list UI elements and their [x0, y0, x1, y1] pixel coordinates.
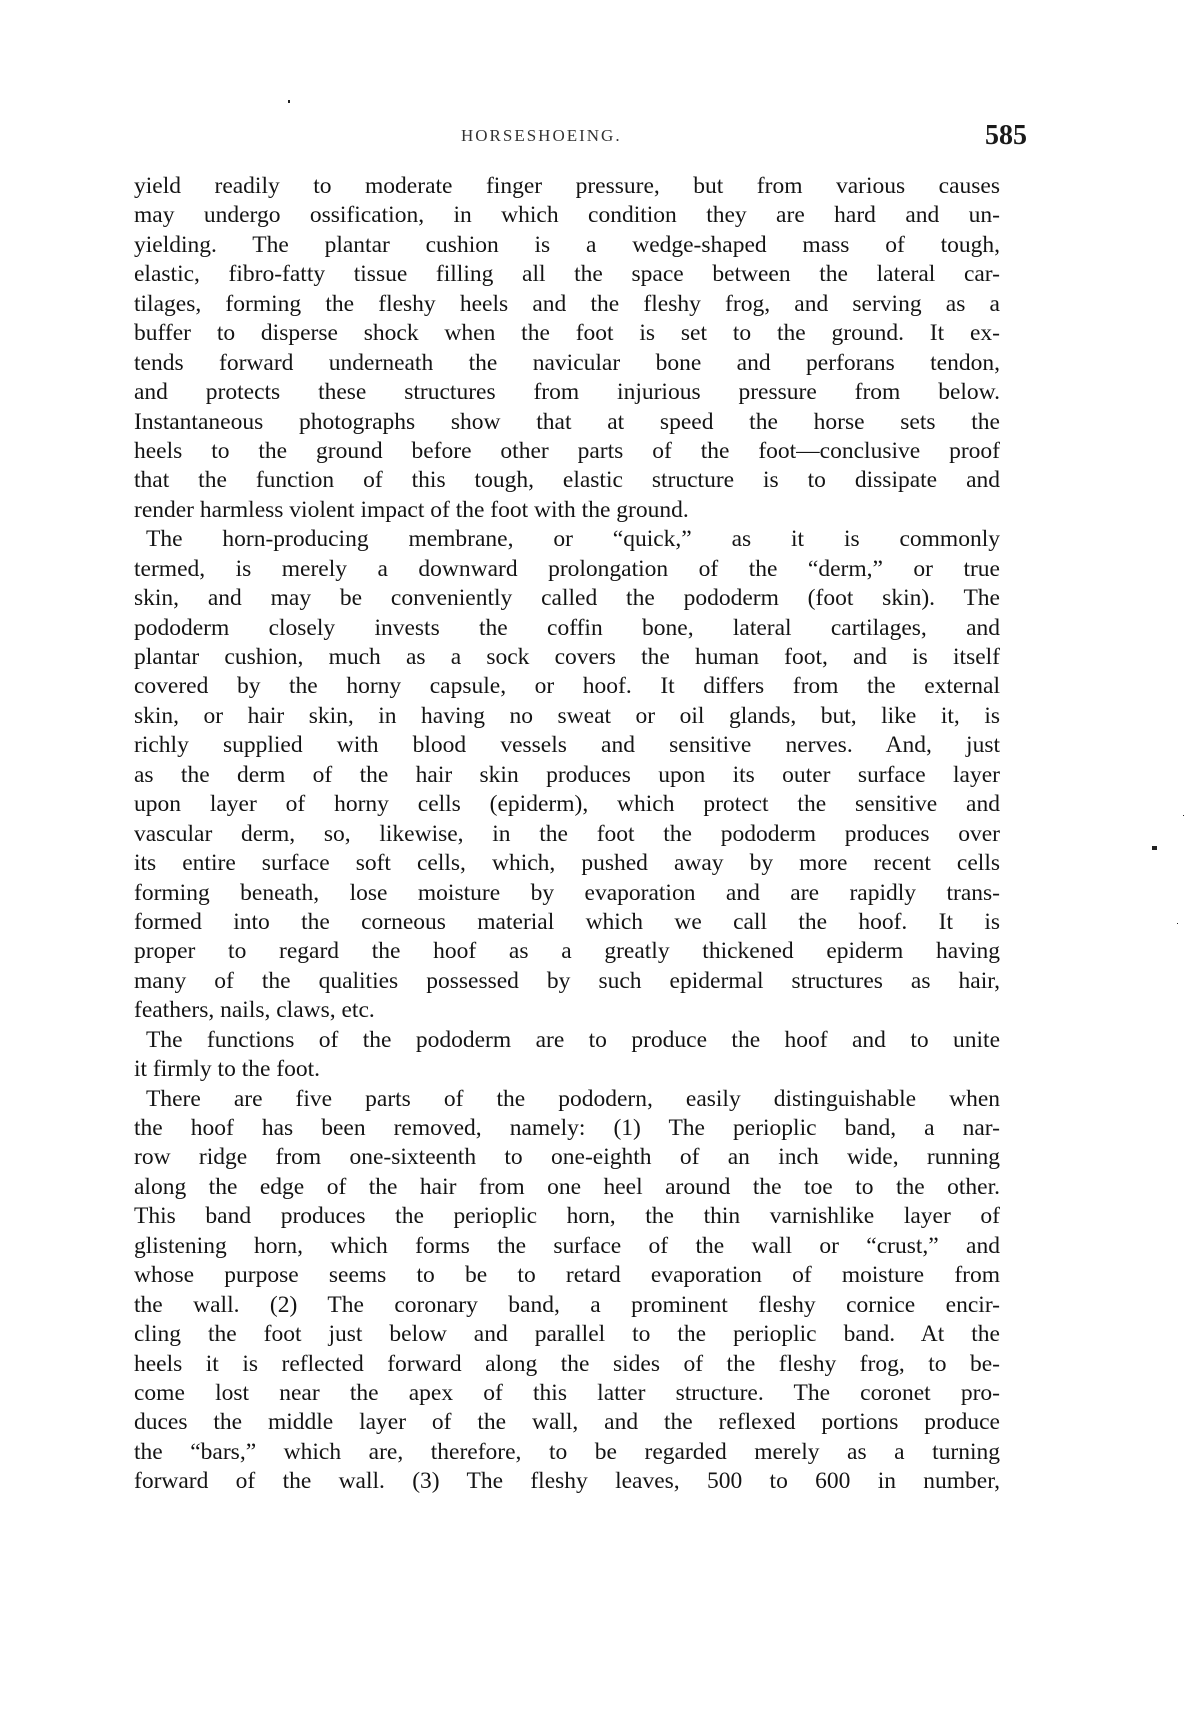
text-line: may undergo ossification, in which condi… [134, 201, 1000, 230]
text-line: the hoof has been removed, namely: (1) T… [134, 1114, 1000, 1143]
page-number: 585 [985, 120, 1027, 152]
paragraph-2: The horn-producing membrane, or “quick,”… [134, 525, 1000, 1025]
paragraph-1: yield readily to moderate finger pressur… [134, 172, 1000, 525]
text-line: whose purpose seems to be to retard evap… [134, 1261, 1000, 1290]
paragraph-3: The functions of the pododerm are to pro… [134, 1026, 1000, 1085]
text-line: covered by the horny capsule, or hoof. I… [134, 672, 1000, 701]
text-line: skin, or hair skin, in having no sweat o… [134, 702, 1000, 731]
text-line: feathers, nails, claws, etc. [134, 996, 1000, 1025]
text-line: Instantaneous photographs show that at s… [134, 408, 1000, 437]
text-line: forward of the wall. (3) The fleshy leav… [134, 1467, 1000, 1496]
text-line: richly supplied with blood vessels and s… [134, 731, 1000, 760]
text-line: tends forward underneath the navicular b… [134, 349, 1000, 378]
text-line: render harmless violent impact of the fo… [134, 496, 1000, 525]
text-line: There are five parts of the pododern, ea… [134, 1085, 1000, 1114]
text-line: row ridge from one-sixteenth to one-eigh… [134, 1143, 1000, 1172]
text-line: The functions of the pododerm are to pro… [134, 1026, 1000, 1055]
book-page: HORSESHOEING. 585 yield readily to moder… [0, 0, 1200, 1722]
text-line: along the edge of the hair from one heel… [134, 1173, 1000, 1202]
text-line: vascular derm, so, likewise, in the foot… [134, 820, 1000, 849]
text-line: yield readily to moderate finger pressur… [134, 172, 1000, 201]
running-title: HORSESHOEING. [461, 126, 622, 146]
text-line: as the derm of the hair skin produces up… [134, 761, 1000, 790]
body-text: yield readily to moderate finger pressur… [134, 172, 1000, 1497]
text-line: its entire surface soft cells, which, pu… [134, 849, 1000, 878]
text-line: heels to the ground before other parts o… [134, 437, 1000, 466]
text-line: plantar cushion, much as a sock covers t… [134, 643, 1000, 672]
paragraph-4: There are five parts of the pododern, ea… [134, 1085, 1000, 1497]
text-line: yielding. The plantar cushion is a wedge… [134, 231, 1000, 260]
scan-speck [1183, 815, 1184, 816]
scan-speck [1177, 923, 1178, 924]
text-line: come lost near the apex of this latter s… [134, 1379, 1000, 1408]
text-line: formed into the corneous material which … [134, 908, 1000, 937]
text-line: it firmly to the foot. [134, 1055, 1000, 1084]
text-line: cling the foot just below and parallel t… [134, 1320, 1000, 1349]
text-line: buffer to disperse shock when the foot i… [134, 319, 1000, 348]
text-line: pododerm closely invests the coffin bone… [134, 614, 1000, 643]
text-line: This band produces the perioplic horn, t… [134, 1202, 1000, 1231]
text-line: tilages, forming the fleshy heels and th… [134, 290, 1000, 319]
running-head: HORSESHOEING. 585 [0, 124, 1200, 164]
text-line: the wall. (2) The coronary band, a promi… [134, 1291, 1000, 1320]
text-line: glistening horn, which forms the surface… [134, 1232, 1000, 1261]
text-line: forming beneath, lose moisture by evapor… [134, 879, 1000, 908]
text-line: termed, is merely a downward prolongatio… [134, 555, 1000, 584]
text-line: duces the middle layer of the wall, and … [134, 1408, 1000, 1437]
text-line: the “bars,” which are, therefore, to be … [134, 1438, 1000, 1467]
text-line: many of the qualities possessed by such … [134, 967, 1000, 996]
text-line: heels it is reflected forward along the … [134, 1350, 1000, 1379]
scan-speck [288, 100, 290, 103]
text-line: The horn-producing membrane, or “quick,”… [134, 525, 1000, 554]
text-line: and protects these structures from injur… [134, 378, 1000, 407]
text-line: proper to regard the hoof as a greatly t… [134, 937, 1000, 966]
text-line: elastic, fibro-fatty tissue filling all … [134, 260, 1000, 289]
text-line: that the function of this tough, elastic… [134, 466, 1000, 495]
text-line: upon layer of horny cells (epiderm), whi… [134, 790, 1000, 819]
text-line: skin, and may be conveniently called the… [134, 584, 1000, 613]
scan-speck [1152, 846, 1157, 850]
